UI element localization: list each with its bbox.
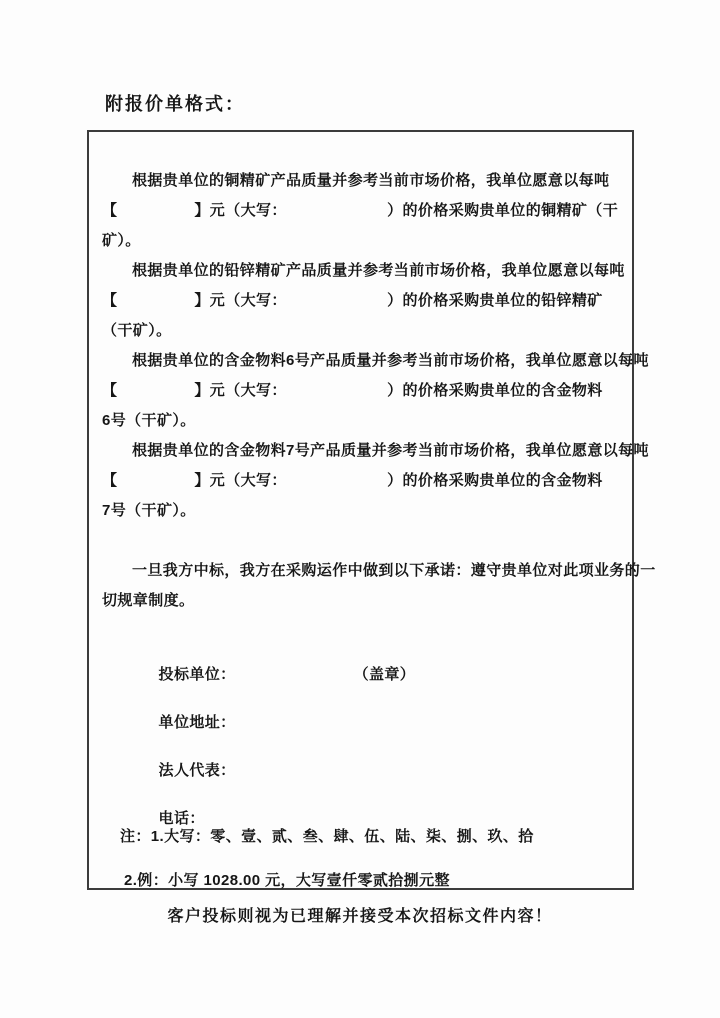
- paragraph-line: 根据贵单位的含金物料7号产品质量并参考当前市场价格，我单位愿意以每吨: [102, 436, 619, 466]
- offer-paragraph-lead-zinc: 根据贵单位的铅锌精矿产品质量并参考当前市场价格，我单位愿意以每吨 【 】元（大写…: [102, 256, 619, 346]
- offer-paragraph-gold-material-6: 根据贵单位的含金物料6号产品质量并参考当前市场价格，我单位愿意以每吨 【 】元（…: [102, 346, 619, 436]
- quotation-form-box: 根据贵单位的铜精矿产品质量并参考当前市场价格，我单位愿意以每吨 【 】元（大写：…: [87, 130, 634, 890]
- field-bidder-unit-label: 投标单位：: [159, 666, 236, 683]
- bidder-info-fields: 投标单位：（盖章） 单位地址： 法人代表： 电话：: [102, 630, 619, 804]
- seal-annotation: （盖章）: [354, 660, 416, 690]
- offer-paragraph-gold-material-7: 根据贵单位的含金物料7号产品质量并参考当前市场价格，我单位愿意以每吨 【 】元（…: [102, 436, 619, 526]
- notes-section: 注：1.大写：零、壹、贰、叁、肆、伍、陆、柒、捌、玖、拾 2.例：小写 1028…: [102, 822, 619, 896]
- paragraph-line: 根据贵单位的铅锌精矿产品质量并参考当前市场价格，我单位愿意以每吨: [102, 256, 619, 286]
- paragraph-line: 6号（干矿）。: [102, 406, 619, 436]
- price-blank-line: 【 】元（大写： ）的价格采购贵单位的铜精矿（干: [102, 196, 619, 226]
- commitment-statement: 一旦我方中标，我方在采购运作中做到以下承诺：遵守贵单位对此项业务的一 切规章制度…: [102, 556, 619, 616]
- paragraph-line: （干矿）。: [102, 316, 619, 346]
- field-legal-representative-label: 法人代表：: [159, 762, 236, 779]
- page-title: 附报价单格式：: [105, 90, 245, 116]
- price-blank-line: 【 】元（大写： ）的价格采购贵单位的铅锌精矿: [102, 286, 619, 316]
- paragraph-line: 根据贵单位的含金物料6号产品质量并参考当前市场价格，我单位愿意以每吨: [102, 346, 619, 376]
- note-example: 2.例：小写 1028.00 元，大写壹仟零贰拾捌元整: [120, 866, 619, 896]
- paragraph-line: 切规章制度。: [102, 586, 619, 616]
- field-unit-address-label: 单位地址：: [159, 714, 236, 731]
- field-bidder-unit: 投标单位：（盖章）: [122, 630, 619, 660]
- paragraph-line: 矿）。: [102, 226, 619, 256]
- offer-paragraph-copper: 根据贵单位的铜精矿产品质量并参考当前市场价格，我单位愿意以每吨 【 】元（大写：…: [102, 166, 619, 256]
- footer-notice: 客户投标则视为已理解并接受本次招标文件内容！: [0, 903, 720, 926]
- paragraph-line: 根据贵单位的铜精矿产品质量并参考当前市场价格，我单位愿意以每吨: [102, 166, 619, 196]
- note-uppercase-numerals: 注：1.大写：零、壹、贰、叁、肆、伍、陆、柒、捌、玖、拾: [120, 822, 619, 852]
- price-blank-line: 【 】元（大写： ）的价格采购贵单位的含金物料: [102, 466, 619, 496]
- scanned-document-page: 附报价单格式： 根据贵单位的铜精矿产品质量并参考当前市场价格，我单位愿意以每吨 …: [0, 0, 720, 1018]
- paragraph-line: 一旦我方中标，我方在采购运作中做到以下承诺：遵守贵单位对此项业务的一: [102, 556, 619, 586]
- price-blank-line: 【 】元（大写： ）的价格采购贵单位的含金物料: [102, 376, 619, 406]
- paragraph-line: 7号（干矿）。: [102, 496, 619, 526]
